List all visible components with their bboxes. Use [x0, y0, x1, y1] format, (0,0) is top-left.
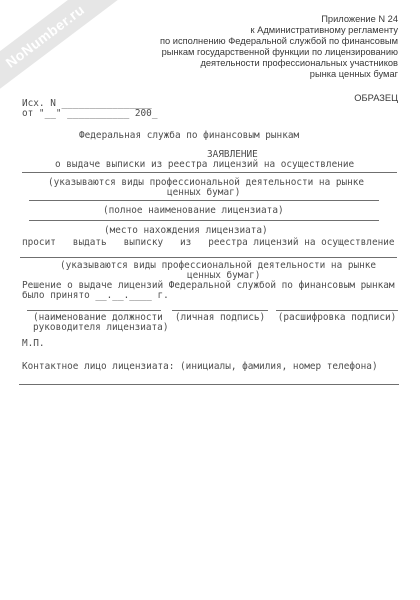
header-line-appendix: Приложение N 24 [160, 14, 398, 25]
document-subtitle: о выдаче выписки из реестра лицензий на … [55, 160, 402, 170]
header-block: Приложение N 24 к Административному регл… [160, 14, 398, 104]
outgoing-date-line: от "__" ___________ 200_ [22, 109, 402, 119]
recipient-line: Федеральная служба по финансовым рынкам [79, 131, 402, 141]
header-line-5: деятельности профессиональных участников [160, 58, 398, 69]
fill-line-licensee-address [29, 220, 379, 221]
document-page: NoNumber.ru Приложение N 24 к Администра… [0, 0, 420, 600]
signature-caption-position-2: руководителя лицензиата) [27, 323, 161, 333]
signature-caption-decryption: (расшифровка подписи) [276, 313, 398, 323]
watermark-text: NoNumber.ru [3, 1, 88, 70]
document-body: Исх. N ________________ от "__" ________… [22, 99, 402, 385]
header-line-6: рынка ценных бумаг [160, 69, 398, 80]
signature-col-position: (наименование должности руководителя лиц… [27, 310, 161, 333]
field-caption-licensee-address: (место нахождения лицензиата) [104, 226, 402, 236]
header-line-3: по исполнению Федеральной службой по фин… [160, 36, 398, 47]
field-caption-activity-2: ценных бумаг) [167, 188, 402, 198]
request-line: просит выдать выписку из реестра лицензи… [22, 238, 402, 248]
watermark-ribbon: NoNumber.ru [0, 0, 134, 108]
fill-line-licensee-name [29, 200, 379, 201]
field-caption-licensee-name: (полное наименование лицензиата) [103, 206, 402, 216]
bottom-rule [19, 384, 399, 385]
fill-line-activity [22, 172, 397, 173]
seal-mark: М.П. [22, 339, 402, 349]
signature-block: (наименование должности руководителя лиц… [22, 310, 402, 333]
contact-line: Контактное лицо лицензиата: (инициалы, ф… [22, 362, 402, 372]
header-line-4: рынкам государственной функции по лиценз… [160, 47, 398, 58]
signature-col-decryption: (расшифровка подписи) [276, 310, 398, 323]
fill-line-activity-2 [20, 257, 397, 258]
decision-line-2: было принято __.__.____ г. [22, 291, 402, 301]
signature-caption-personal-sign: (личная подпись) [172, 313, 268, 323]
header-line-regulation: к Административному регламенту [160, 25, 398, 36]
signature-col-personal-sign: (личная подпись) [172, 310, 268, 323]
